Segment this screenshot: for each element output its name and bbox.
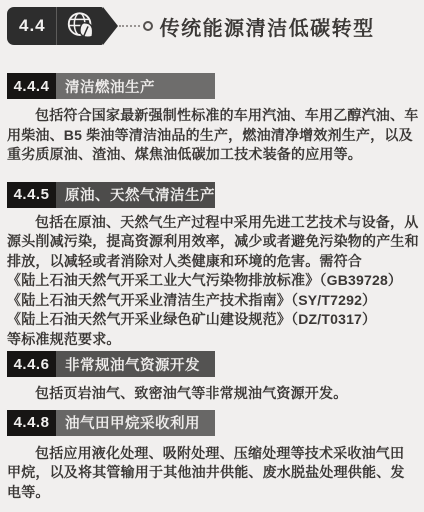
section-4-4-8: 4.4.8 油气田甲烷采收利用 包括应用液化处理、吸附处理、压缩处理等技术采收油…	[7, 410, 416, 503]
section-number: 4.4.6	[7, 351, 56, 377]
badge-divider	[56, 7, 57, 45]
body-line: 排放，以减轻或者消除对人类健康和环境的危害。需符合	[7, 252, 416, 272]
section-body: 包括页岩油气、致密油气等非常规油气资源开发。	[7, 384, 416, 404]
section-number: 4.4.4	[7, 73, 56, 99]
body-line: 包括页岩油气、致密油气等非常规油气资源开发。	[7, 384, 416, 404]
body-line: 包括应用液化处理、吸附处理、压缩处理等技术采收油气田	[7, 444, 416, 464]
section-body: 包括符合国家最新强制性标准的车用汽油、车用乙醇汽油、车 用柴油、B5 柴油等清洁…	[7, 106, 416, 165]
section-title: 清洁燃油生产	[56, 73, 215, 99]
section-header-bar: 4.4.6 非常规油气资源开发	[7, 351, 215, 377]
dotted-connector-line	[119, 25, 140, 27]
section-title: 原油、天然气清洁生产	[56, 182, 215, 208]
section-4-4-5: 4.4.5 原油、天然气清洁生产 包括在原油、天然气生产过程中采用先进工艺技术与…	[7, 182, 416, 350]
connector-ring-icon	[143, 21, 153, 31]
body-line: 甲烷，以及将其管输用于其他油井供能、废水脱盐处理供能、发	[7, 463, 416, 483]
body-line: 源头削减污染，提高资源利用效率，减少或者避免污染物的产生和	[7, 232, 416, 252]
body-line-reference: 《陆上石油天然气开采业清洁生产技术指南》（SY/T7292）	[7, 291, 416, 311]
page: 4.4 传统能源清洁低碳转型 4.4.4 清洁燃油生产	[0, 0, 424, 512]
section-4-4-6: 4.4.6 非常规油气资源开发 包括页岩油气、致密油气等非常规油气资源开发。	[7, 351, 416, 404]
body-line: 重劣质原油、渣油、煤焦油低碳加工技术装备的应用等。	[7, 145, 416, 165]
badge-arrow-tip	[103, 7, 118, 45]
body-line: 电等。	[7, 483, 416, 503]
chapter-title: 传统能源清洁低碳转型	[160, 12, 375, 41]
section-number: 4.4.5	[7, 182, 56, 208]
chapter-badge: 4.4	[7, 7, 103, 45]
globe-leaf-icon	[65, 10, 97, 42]
body-line: 包括在原油、天然气生产过程中采用先进工艺技术与设备，从	[7, 213, 416, 233]
chapter-number: 4.4	[19, 16, 56, 36]
section-body: 包括在原油、天然气生产过程中采用先进工艺技术与设备，从 源头削减污染，提高资源利…	[7, 213, 416, 350]
section-body: 包括应用液化处理、吸附处理、压缩处理等技术采收油气田 甲烷，以及将其管输用于其他…	[7, 444, 416, 503]
body-line-reference: 《陆上石油天然气开采工业大气污染物排放标准》（GB39728）	[7, 271, 416, 291]
body-line: 包括符合国家最新强制性标准的车用汽油、车用乙醇汽油、车	[7, 106, 416, 126]
body-line: 用柴油、B5 柴油等清洁油品的生产，燃油清净增效剂生产，以及	[7, 126, 416, 146]
section-header-bar: 4.4.4 清洁燃油生产	[7, 73, 215, 99]
section-title: 非常规油气资源开发	[56, 351, 215, 377]
body-line: 等标准规范要求。	[7, 330, 416, 350]
section-header-bar: 4.4.8 油气田甲烷采收利用	[7, 410, 215, 436]
section-title: 油气田甲烷采收利用	[56, 410, 215, 436]
section-header-bar: 4.4.5 原油、天然气清洁生产	[7, 182, 215, 208]
body-line-reference: 《陆上石油天然气开采业绿色矿山建设规范》（DZ/T0317）	[7, 310, 416, 330]
section-4-4-4: 4.4.4 清洁燃油生产 包括符合国家最新强制性标准的车用汽油、车用乙醇汽油、车…	[7, 73, 416, 165]
section-number: 4.4.8	[7, 410, 56, 436]
chapter-header: 4.4 传统能源清洁低碳转型	[7, 7, 416, 45]
